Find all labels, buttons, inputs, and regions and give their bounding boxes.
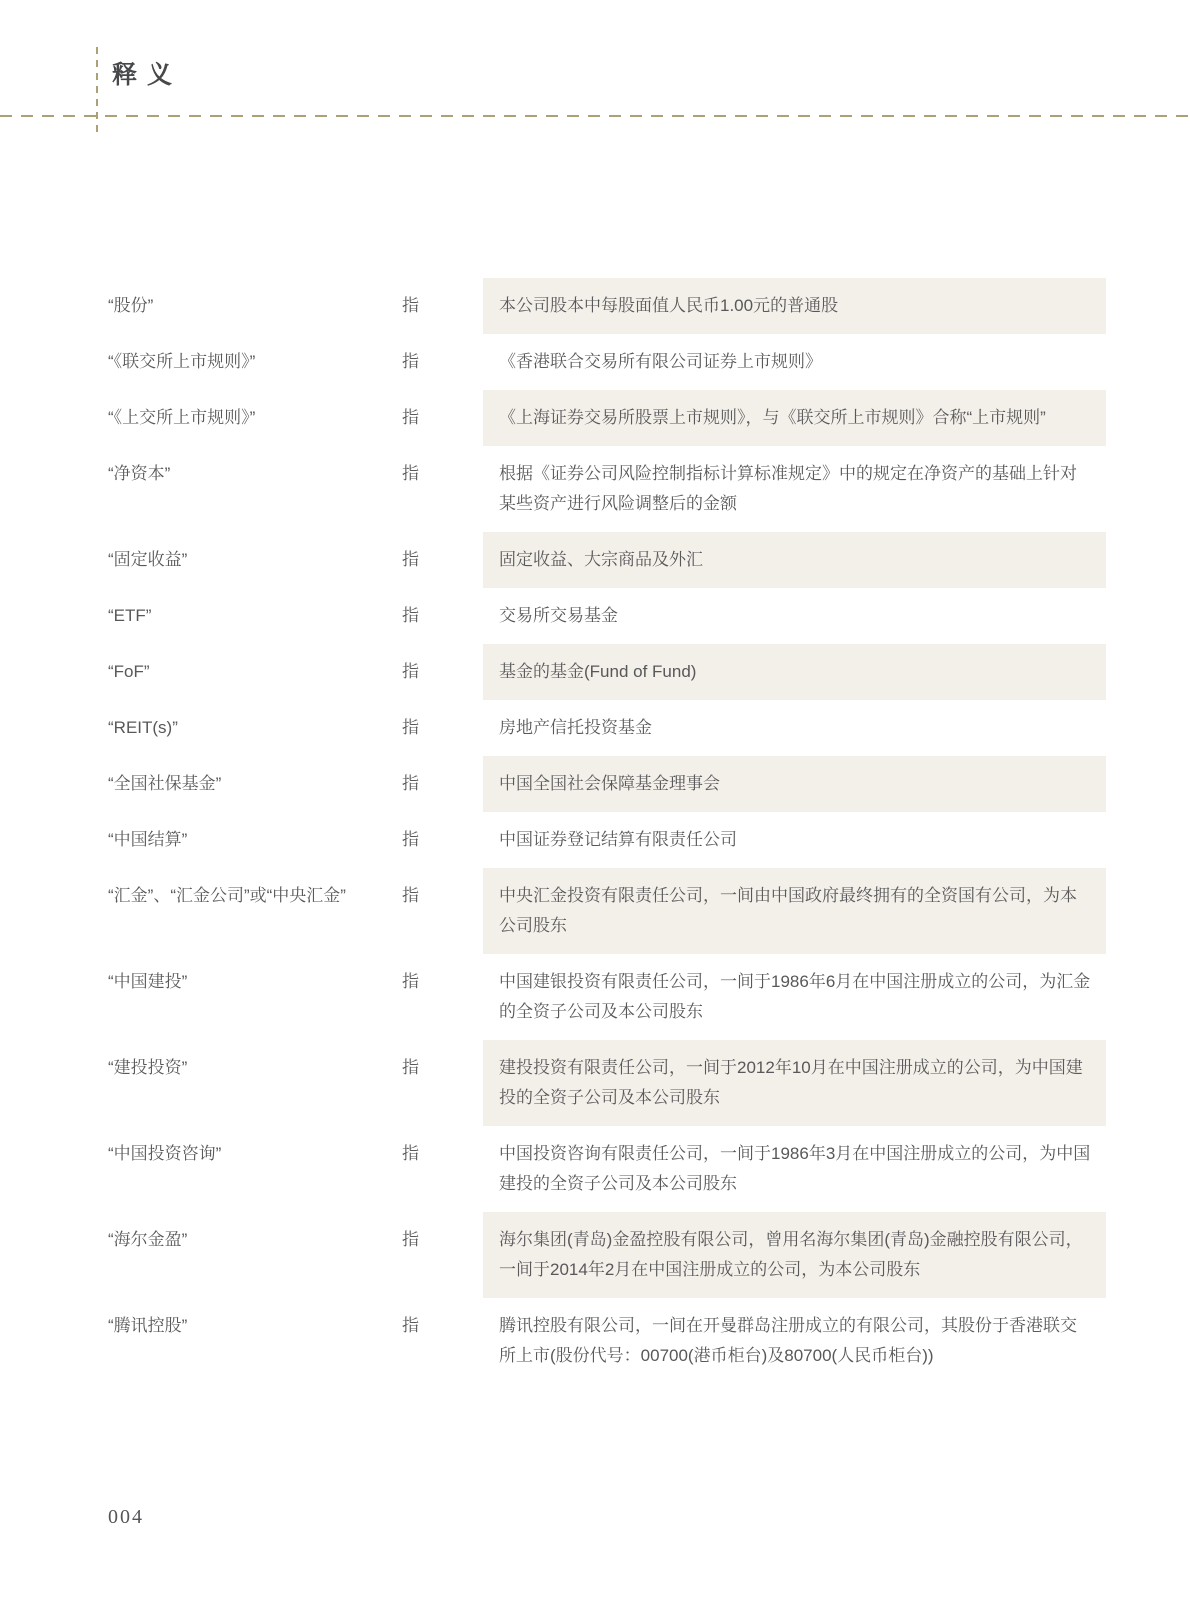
definition-cell: 《上海证券交易所股票上市规则》，与《联交所上市规则》合称“上市规则” — [483, 390, 1106, 446]
definition-cell: 中国证券登记结算有限责任公司 — [483, 812, 1106, 868]
header-vertical-dashed-rule — [96, 47, 98, 137]
definition-cell: 本公司股本中每股面值人民币1.00元的普通股 — [483, 278, 1106, 334]
definition-row: “腾讯控股” 指 腾讯控股有限公司，一间在开曼群岛注册成立的有限公司，其股份于香… — [108, 1298, 1106, 1384]
definition-row: “《联交所上市规则》” 指 《香港联合交易所有限公司证券上市规则》 — [108, 334, 1106, 390]
definition-row: “海尔金盈” 指 海尔集团(青岛)金盈控股有限公司，曾用名海尔集团(青岛)金融控… — [108, 1212, 1106, 1298]
definition-cell: 建投投资有限责任公司，一间于2012年10月在中国注册成立的公司，为中国建投的全… — [483, 1040, 1106, 1126]
definition-cell: 交易所交易基金 — [483, 588, 1106, 644]
definition-cell: 《香港联合交易所有限公司证券上市规则》 — [483, 334, 1106, 390]
means-label: 指 — [402, 334, 483, 390]
term-cell: “股份” — [108, 278, 402, 334]
definition-row: “汇金”、“汇金公司”或“中央汇金” 指 中央汇金投资有限责任公司，一间由中国政… — [108, 868, 1106, 954]
document-page: 释义 “股份” 指 本公司股本中每股面值人民币1.00元的普通股 “《联交所上市… — [0, 0, 1190, 1615]
definitions-list: “股份” 指 本公司股本中每股面值人民币1.00元的普通股 “《联交所上市规则》… — [108, 278, 1106, 1384]
term-cell: “固定收益” — [108, 532, 402, 588]
means-label: 指 — [402, 700, 483, 756]
term-cell: “ETF” — [108, 588, 402, 644]
term-cell: “净资本” — [108, 446, 402, 532]
page-title: 释义 — [112, 55, 182, 91]
means-label: 指 — [402, 446, 483, 532]
term-cell: “FoF” — [108, 644, 402, 700]
means-label: 指 — [402, 390, 483, 446]
definition-cell: 腾讯控股有限公司，一间在开曼群岛注册成立的有限公司，其股份于香港联交所上市(股份… — [483, 1298, 1106, 1384]
term-cell: “《上交所上市规则》” — [108, 390, 402, 446]
means-label: 指 — [402, 1040, 483, 1126]
definition-row: “FoF” 指 基金的基金(Fund of Fund) — [108, 644, 1106, 700]
means-label: 指 — [402, 756, 483, 812]
term-cell: “腾讯控股” — [108, 1298, 402, 1384]
means-label: 指 — [402, 644, 483, 700]
definition-cell: 中国全国社会保障基金理事会 — [483, 756, 1106, 812]
definition-cell: 固定收益、大宗商品及外汇 — [483, 532, 1106, 588]
means-label: 指 — [402, 532, 483, 588]
means-label: 指 — [402, 1126, 483, 1212]
definition-cell: 房地产信托投资基金 — [483, 700, 1106, 756]
definition-row: “REIT(s)” 指 房地产信托投资基金 — [108, 700, 1106, 756]
means-label: 指 — [402, 1298, 483, 1384]
definition-cell: 中国投资咨询有限责任公司，一间于1986年3月在中国注册成立的公司，为中国建投的… — [483, 1126, 1106, 1212]
definition-row: “全国社保基金” 指 中国全国社会保障基金理事会 — [108, 756, 1106, 812]
means-label: 指 — [402, 954, 483, 1040]
definition-row: “《上交所上市规则》” 指 《上海证券交易所股票上市规则》，与《联交所上市规则》… — [108, 390, 1106, 446]
definition-row: “中国建投” 指 中国建银投资有限责任公司，一间于1986年6月在中国注册成立的… — [108, 954, 1106, 1040]
means-label: 指 — [402, 278, 483, 334]
term-cell: “中国建投” — [108, 954, 402, 1040]
term-cell: “REIT(s)” — [108, 700, 402, 756]
definition-cell: 海尔集团(青岛)金盈控股有限公司，曾用名海尔集团(青岛)金融控股有限公司，一间于… — [483, 1212, 1106, 1298]
definition-row: “净资本” 指 根据《证券公司风险控制指标计算标准规定》中的规定在净资产的基础上… — [108, 446, 1106, 532]
page-number: 004 — [108, 1506, 144, 1529]
definition-row: “建投投资” 指 建投投资有限责任公司，一间于2012年10月在中国注册成立的公… — [108, 1040, 1106, 1126]
definition-cell: 基金的基金(Fund of Fund) — [483, 644, 1106, 700]
header-horizontal-dashed-rule — [0, 115, 1190, 117]
definition-row: “固定收益” 指 固定收益、大宗商品及外汇 — [108, 532, 1106, 588]
definition-cell: 中央汇金投资有限责任公司，一间由中国政府最终拥有的全资国有公司，为本公司股东 — [483, 868, 1106, 954]
term-cell: “《联交所上市规则》” — [108, 334, 402, 390]
definition-row: “ETF” 指 交易所交易基金 — [108, 588, 1106, 644]
definition-cell: 根据《证券公司风险控制指标计算标准规定》中的规定在净资产的基础上针对某些资产进行… — [483, 446, 1106, 532]
means-label: 指 — [402, 868, 483, 954]
means-label: 指 — [402, 588, 483, 644]
term-cell: “中国投资咨询” — [108, 1126, 402, 1212]
term-cell: “中国结算” — [108, 812, 402, 868]
definition-cell: 中国建银投资有限责任公司，一间于1986年6月在中国注册成立的公司，为汇金的全资… — [483, 954, 1106, 1040]
term-cell: “汇金”、“汇金公司”或“中央汇金” — [108, 868, 402, 954]
definition-row: “股份” 指 本公司股本中每股面值人民币1.00元的普通股 — [108, 278, 1106, 334]
definition-row: “中国投资咨询” 指 中国投资咨询有限责任公司，一间于1986年3月在中国注册成… — [108, 1126, 1106, 1212]
definition-row: “中国结算” 指 中国证券登记结算有限责任公司 — [108, 812, 1106, 868]
means-label: 指 — [402, 812, 483, 868]
term-cell: “海尔金盈” — [108, 1212, 402, 1298]
term-cell: “建投投资” — [108, 1040, 402, 1126]
term-cell: “全国社保基金” — [108, 756, 402, 812]
means-label: 指 — [402, 1212, 483, 1298]
